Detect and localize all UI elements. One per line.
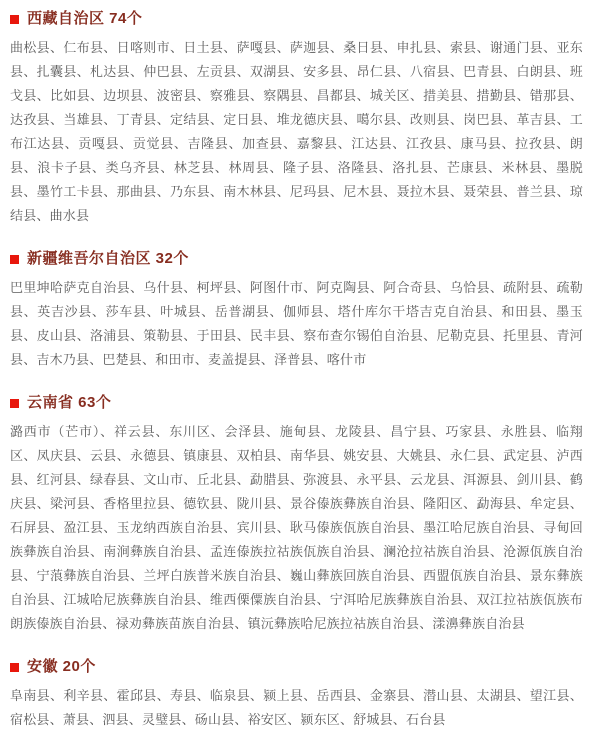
county-list-paragraph: 潞西市（芒市）、祥云县、东川区、会泽县、施甸县、龙陵县、昌宁县、巧家县、永胜县、… bbox=[10, 420, 583, 636]
province-title: 安徽 20个 bbox=[27, 657, 96, 677]
county-list-paragraph: 巴里坤哈萨克自治县、乌什县、柯坪县、阿图什市、阿克陶县、阿合奇县、乌恰县、疏附县… bbox=[10, 276, 583, 372]
province-section: 安徽 20个 阜南县、利辛县、霍邱县、寿县、临泉县、颍上县、岳西县、金寨县、潜山… bbox=[10, 657, 583, 732]
county-list-paragraph: 曲松县、仁布县、日喀则市、日土县、萨嘎县、萨迦县、桑日县、申扎县、索县、谢通门县… bbox=[10, 36, 583, 228]
article-body: 西藏自治区 74个 曲松县、仁布县、日喀则市、日土县、萨嘎县、萨迦县、桑日县、申… bbox=[0, 0, 593, 746]
province-section: 云南省 63个 潞西市（芒市）、祥云县、东川区、会泽县、施甸县、龙陵县、昌宁县、… bbox=[10, 393, 583, 636]
province-title: 云南省 63个 bbox=[27, 393, 111, 413]
province-section: 新疆维吾尔自治区 32个 巴里坤哈萨克自治县、乌什县、柯坪县、阿图什市、阿克陶县… bbox=[10, 249, 583, 372]
red-square-bullet-icon bbox=[10, 399, 19, 408]
province-title: 西藏自治区 74个 bbox=[27, 9, 142, 29]
red-square-bullet-icon bbox=[10, 255, 19, 264]
province-header: 西藏自治区 74个 bbox=[10, 9, 583, 29]
county-list-paragraph: 阜南县、利辛县、霍邱县、寿县、临泉县、颍上县、岳西县、金寨县、潜山县、太湖县、望… bbox=[10, 684, 583, 732]
province-section: 西藏自治区 74个 曲松县、仁布县、日喀则市、日土县、萨嘎县、萨迦县、桑日县、申… bbox=[10, 9, 583, 228]
province-title: 新疆维吾尔自治区 32个 bbox=[27, 249, 189, 269]
red-square-bullet-icon bbox=[10, 15, 19, 24]
province-header: 安徽 20个 bbox=[10, 657, 583, 677]
province-header: 云南省 63个 bbox=[10, 393, 583, 413]
red-square-bullet-icon bbox=[10, 663, 19, 672]
province-header: 新疆维吾尔自治区 32个 bbox=[10, 249, 583, 269]
